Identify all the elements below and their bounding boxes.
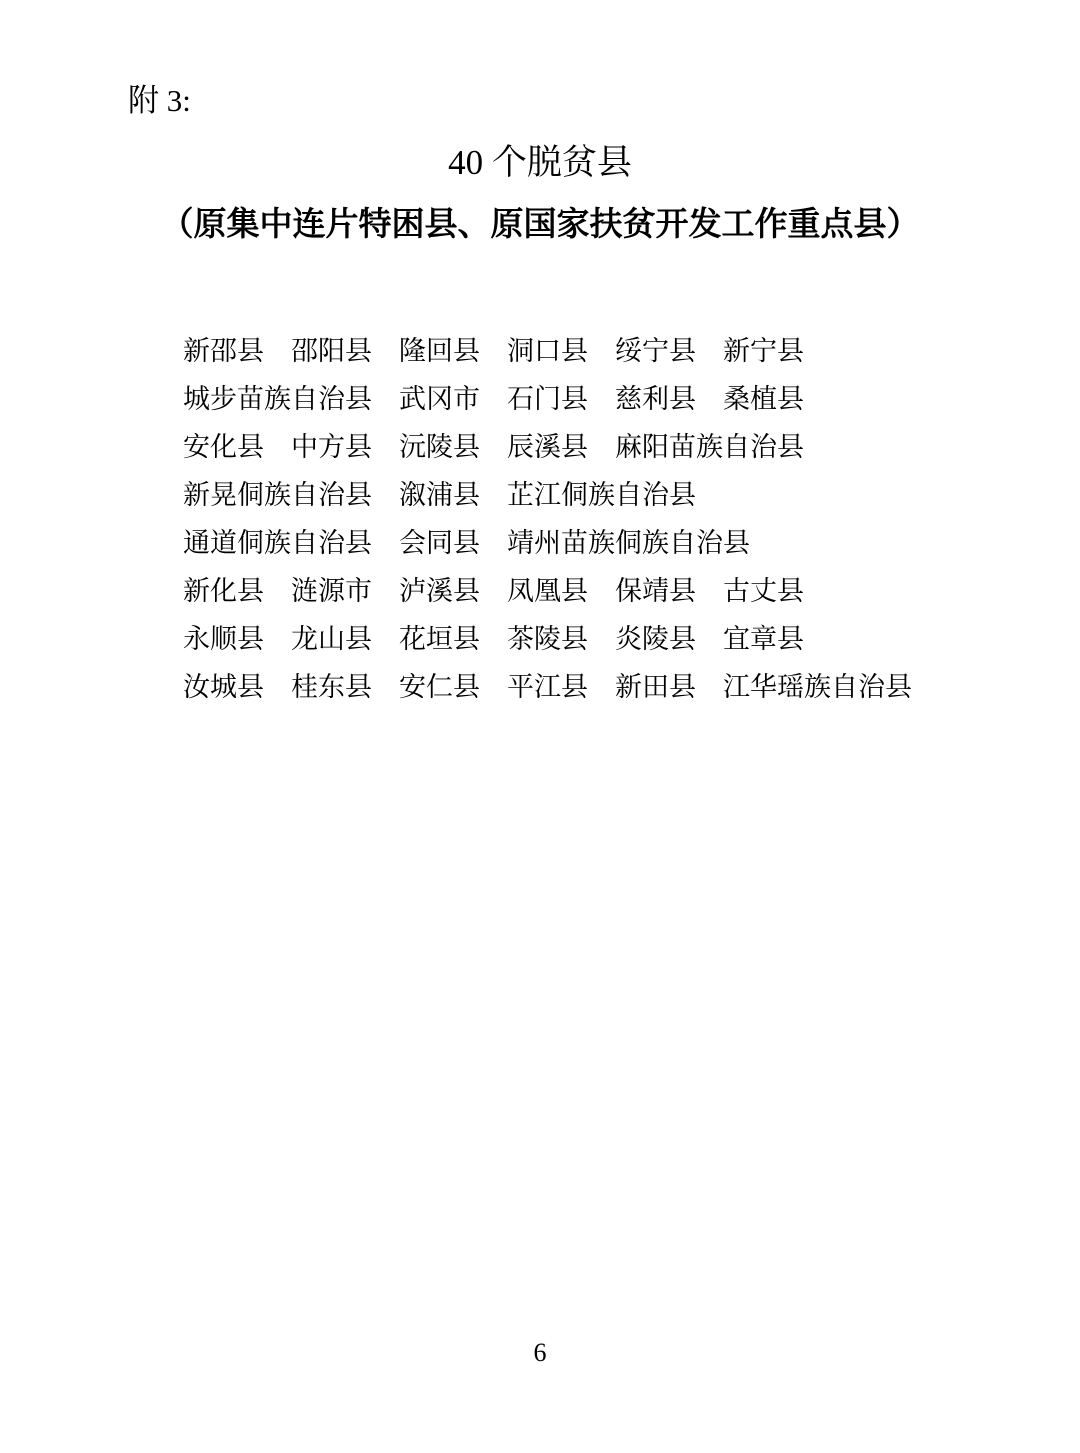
county-row: 安化县中方县沅陵县辰溪县麻阳苗族自治县 bbox=[183, 420, 963, 468]
county-name: 武冈市 bbox=[399, 377, 480, 416]
county-name: 中方县 bbox=[291, 425, 372, 464]
county-row: 新晃侗族自治县溆浦县芷江侗族自治县 bbox=[183, 468, 963, 516]
county-row: 通道侗族自治县会同县靖州苗族侗族自治县 bbox=[183, 516, 963, 564]
county-name: 邵阳县 bbox=[291, 329, 372, 368]
county-name: 隆回县 bbox=[399, 329, 480, 368]
county-name: 会同县 bbox=[399, 521, 480, 560]
county-name: 平江县 bbox=[507, 665, 588, 704]
county-row: 城步苗族自治县武冈市石门县慈利县桑植县 bbox=[183, 372, 963, 420]
page-subtitle: （原集中连片特困县、原国家扶贫开发工作重点县） bbox=[0, 206, 1080, 246]
county-name: 沅陵县 bbox=[399, 425, 480, 464]
county-name: 石门县 bbox=[507, 377, 588, 416]
county-name: 芷江侗族自治县 bbox=[507, 473, 696, 512]
county-name: 花垣县 bbox=[399, 617, 480, 656]
county-name: 保靖县 bbox=[615, 569, 696, 608]
county-name: 江华瑶族自治县 bbox=[723, 665, 912, 704]
county-row: 新邵县邵阳县隆回县洞口县绥宁县新宁县 bbox=[183, 324, 963, 372]
county-name: 古丈县 bbox=[723, 569, 804, 608]
county-name: 桂东县 bbox=[291, 665, 372, 704]
county-row: 新化县涟源市泸溪县凤凰县保靖县古丈县 bbox=[183, 564, 963, 612]
county-name: 安化县 bbox=[183, 425, 264, 464]
county-name: 麻阳苗族自治县 bbox=[615, 425, 804, 464]
county-name: 城步苗族自治县 bbox=[183, 377, 372, 416]
county-name: 桑植县 bbox=[723, 377, 804, 416]
attachment-label: 附 3: bbox=[128, 82, 191, 119]
county-name: 炎陵县 bbox=[615, 617, 696, 656]
county-name: 新宁县 bbox=[723, 329, 804, 368]
county-name: 茶陵县 bbox=[507, 617, 588, 656]
county-name: 汝城县 bbox=[183, 665, 264, 704]
county-name: 新晃侗族自治县 bbox=[183, 473, 372, 512]
county-name: 慈利县 bbox=[615, 377, 696, 416]
county-name: 宜章县 bbox=[723, 617, 804, 656]
county-name: 溆浦县 bbox=[399, 473, 480, 512]
county-name: 洞口县 bbox=[507, 329, 588, 368]
county-name: 凤凰县 bbox=[507, 569, 588, 608]
county-name: 泸溪县 bbox=[399, 569, 480, 608]
county-name: 绥宁县 bbox=[615, 329, 696, 368]
county-name: 新化县 bbox=[183, 569, 264, 608]
county-name: 龙山县 bbox=[291, 617, 372, 656]
county-name: 通道侗族自治县 bbox=[183, 521, 372, 560]
county-name: 靖州苗族侗族自治县 bbox=[507, 521, 750, 560]
county-row: 永顺县龙山县花垣县茶陵县炎陵县宜章县 bbox=[183, 612, 963, 660]
county-list: 新邵县邵阳县隆回县洞口县绥宁县新宁县城步苗族自治县武冈市石门县慈利县桑植县安化县… bbox=[183, 324, 963, 708]
county-name: 辰溪县 bbox=[507, 425, 588, 464]
page-title: 40 个脱贫县 bbox=[0, 142, 1080, 184]
county-row: 汝城县桂东县安仁县平江县新田县江华瑶族自治县 bbox=[183, 660, 963, 708]
county-name: 涟源市 bbox=[291, 569, 372, 608]
county-name: 新邵县 bbox=[183, 329, 264, 368]
document-page: 附 3: 40 个脱贫县 （原集中连片特困县、原国家扶贫开发工作重点县） 新邵县… bbox=[0, 0, 1080, 1453]
page-number: 6 bbox=[0, 1338, 1080, 1368]
county-name: 新田县 bbox=[615, 665, 696, 704]
county-name: 安仁县 bbox=[399, 665, 480, 704]
county-name: 永顺县 bbox=[183, 617, 264, 656]
